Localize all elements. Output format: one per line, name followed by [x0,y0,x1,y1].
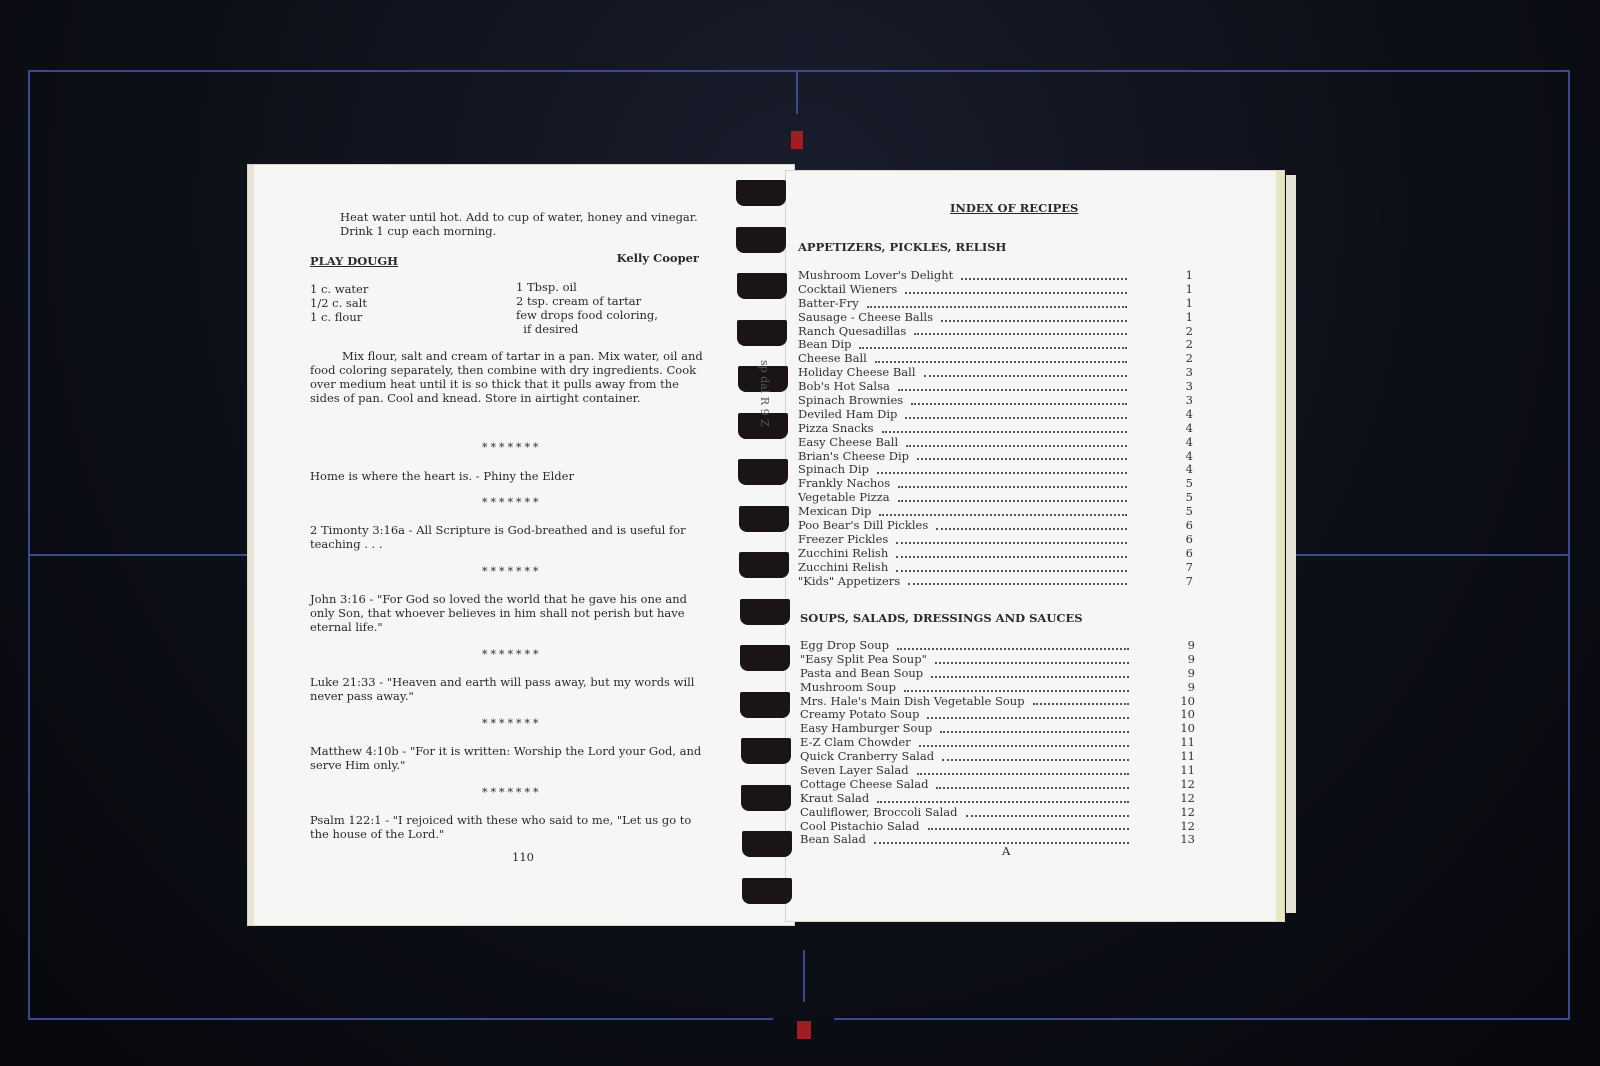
recipe-page-number: 11 [1175,764,1195,778]
recipe-page-number: 1 [1173,283,1193,297]
index-entry: Egg Drop Soup9 [800,639,1195,653]
frame-center-bottom-tick [803,950,805,1002]
recipe-page-number: 5 [1173,477,1193,491]
recipe-page-number: 13 [1175,833,1195,847]
dot-leader [906,445,1127,447]
index-entry: Cauliflower, Broccoli Salad12 [800,806,1195,820]
recipe-page-number: 9 [1175,667,1195,681]
index-entry: Easy Cheese Ball4 [798,436,1193,450]
frame-right-line [1568,70,1570,1020]
ingredient: 1 c. flour [310,310,362,324]
recipe-name: Mushroom Soup [800,681,896,695]
separator: ******* [482,441,542,454]
recipe-name: Spinach Brownies [798,394,903,408]
recipe-page-number: 2 [1173,338,1193,352]
recipe-name: Zucchini Relish [798,547,888,561]
dot-leader [931,676,1129,678]
ingredient: 1 Tbsp. oil [516,280,577,294]
page-number: 110 [512,850,534,864]
recipe-page-number: 9 [1175,639,1195,653]
recipe-page-number: 10 [1175,708,1195,722]
dot-leader [928,828,1129,830]
separator: ******* [482,717,542,730]
recipe-name: Kraut Salad [800,792,869,806]
index-entry: Easy Hamburger Soup10 [800,722,1195,736]
recipe-page-number: 9 [1175,653,1195,667]
dot-leader [941,320,1127,322]
recipe-title: PLAY DOUGH [310,254,398,268]
index-entry: Bean Dip2 [798,338,1193,352]
recipe-page-number: 5 [1173,505,1193,519]
recipe-name: "Kids" Appetizers [798,575,900,589]
index-entry: Pizza Snacks4 [798,422,1193,436]
recipe-page-number: 3 [1173,380,1193,394]
index-entry: Brian's Cheese Dip4 [798,450,1193,464]
dot-leader [936,787,1129,789]
dot-leader [936,528,1127,530]
recipe-page-number: 10 [1175,695,1195,709]
recipe-name: Cottage Cheese Salad [800,778,928,792]
dot-leader [898,486,1127,488]
quote: 2 Timonty 3:16a - All Scripture is God-b… [310,523,708,551]
binding-coil [736,227,786,253]
recipe-name: Zucchini Relish [798,561,888,575]
recipe-page-number: 7 [1173,561,1193,575]
recipe-page-number: 11 [1175,736,1195,750]
dot-leader [935,662,1129,664]
recipe-name: Vegetable Pizza [798,491,890,505]
recipe-page-number: 10 [1175,722,1195,736]
dot-leader [924,375,1127,377]
recipe-name: Easy Hamburger Soup [800,722,932,736]
recipe-name: Seven Layer Salad [800,764,909,778]
recipe-page-number: 7 [1173,575,1193,589]
dot-leader [905,292,1127,294]
recipe-name: Brian's Cheese Dip [798,450,909,464]
page-label: A [1002,844,1010,858]
index-entry: Freezer Pickles6 [798,533,1193,547]
separator: ******* [482,565,542,578]
recipe-page-number: 1 [1173,297,1193,311]
recipe-page-number: 6 [1173,519,1193,533]
index-entry: Zucchini Relish6 [798,547,1193,561]
binding-coil [742,831,792,857]
index-entry: Bean Salad13 [800,833,1195,847]
index-entry: Mushroom Soup9 [800,681,1195,695]
index-entry: Creamy Potato Soup10 [800,708,1195,722]
index-entry: "Easy Split Pea Soup"9 [800,653,1195,667]
directions: Mix flour, salt and cream of tartar in a… [310,349,708,405]
dot-leader [877,472,1127,474]
recipe-name: Mexican Dip [798,505,871,519]
ingredient: few drops food coloring, [516,308,658,322]
dot-leader [966,815,1129,817]
dot-leader [940,731,1129,733]
top-center-marker [791,131,803,149]
frame-left-line [28,70,30,1020]
binding-coil [741,785,791,811]
index-entry: Seven Layer Salad11 [800,764,1195,778]
dot-leader [927,717,1129,719]
frame-bottom-line-left [28,1018,773,1020]
recipe-name: Mushroom Lover's Delight [798,269,953,283]
index-entry: Zucchini Relish7 [798,561,1193,575]
recipe-page-number: 4 [1173,463,1193,477]
spiral-binding [736,180,796,920]
recipe-name: Easy Cheese Ball [798,436,898,450]
binding-coil [742,878,792,904]
recipe-name: "Easy Split Pea Soup" [800,653,927,667]
dot-leader [897,648,1129,650]
binding-coil [738,459,788,485]
index-list-soups: Egg Drop Soup9"Easy Split Pea Soup"9Past… [800,639,1195,847]
dot-leader [904,690,1129,692]
frame-center-top-tick [796,70,798,114]
right-page: INDEX OF RECIPES APPETIZERS, PICKLES, RE… [786,171,1284,921]
dot-leader [917,773,1129,775]
recipe-page-number: 4 [1173,422,1193,436]
recipe-page-number: 1 [1173,269,1193,283]
recipe-page-number: 4 [1173,450,1193,464]
dot-leader [961,278,1127,280]
recipe-name: Cheese Ball [798,352,867,366]
recipe-name: Spinach Dip [798,463,869,477]
frame-bottom-line-right [834,1018,1570,1020]
frame-top-line [28,70,1570,72]
binding-coil [739,506,789,532]
dot-leader [898,389,1127,391]
index-entry: Spinach Brownies3 [798,394,1193,408]
dot-leader [905,417,1127,419]
recipe-name: Quick Cranberry Salad [800,750,934,764]
recipe-name: Deviled Ham Dip [798,408,897,422]
dot-leader [908,583,1127,585]
left-page: Heat water until hot. Add to cup of wate… [248,165,794,925]
index-entry: Spinach Dip4 [798,463,1193,477]
index-entry: Poo Bear's Dill Pickles6 [798,519,1193,533]
recipe-page-number: 11 [1175,750,1195,764]
binding-coil [740,599,790,625]
dot-leader [877,801,1129,803]
index-entry: Mushroom Lover's Delight1 [798,269,1193,283]
index-entry: Frankly Nachos5 [798,477,1193,491]
recipe-name: Freezer Pickles [798,533,888,547]
dot-leader [898,500,1127,502]
recipe-name: Batter-Fry [798,297,859,311]
separator: ******* [482,786,542,799]
recipe-name: Creamy Potato Soup [800,708,919,722]
index-list-appetizers: Mushroom Lover's Delight1Cocktail Wiener… [798,269,1193,588]
dot-leader [867,306,1127,308]
section-heading: SOUPS, SALADS, DRESSINGS AND SAUCES [800,611,1083,625]
recipe-page-number: 2 [1173,325,1193,339]
recipe-name: E-Z Clam Chowder [800,736,911,750]
dot-leader [911,403,1127,405]
index-entry: E-Z Clam Chowder11 [800,736,1195,750]
ingredient: if desired [516,322,578,336]
index-entry: Mexican Dip5 [798,505,1193,519]
recipe-page-number: 9 [1175,681,1195,695]
index-entry: Quick Cranberry Salad11 [800,750,1195,764]
index-entry: Bob's Hot Salsa3 [798,380,1193,394]
recipe-page-number: 3 [1173,366,1193,380]
binding-coil [740,692,790,718]
index-entry: Cheese Ball2 [798,352,1193,366]
quote: Psalm 122:1 - "I rejoiced with these who… [310,813,712,841]
recipe-page-number: 6 [1173,533,1193,547]
binding-coil [737,320,787,346]
index-entry: Cocktail Wieners1 [798,283,1193,297]
recipe-name: Egg Drop Soup [800,639,889,653]
recipe-page-number: 5 [1173,491,1193,505]
recipe-name: Frankly Nachos [798,477,890,491]
dot-leader [896,556,1127,558]
recipe-name: Cocktail Wieners [798,283,897,297]
quote: Home is where the heart is. - Phiny the … [310,469,574,483]
binding-coil [737,273,787,299]
section-heading: APPETIZERS, PICKLES, RELISH [798,240,1006,254]
dot-leader [882,431,1128,433]
recipe-name: Cool Pistachio Salad [800,820,920,834]
recipe-name: Pasta and Bean Soup [800,667,923,681]
bottom-center-marker [797,1021,811,1039]
recipe-name: Poo Bear's Dill Pickles [798,519,928,533]
recipe-name: Bob's Hot Salsa [798,380,890,394]
dot-leader [942,759,1129,761]
recipe-page-number: 1 [1173,311,1193,325]
recipe-page-number: 6 [1173,547,1193,561]
intro-line-2: Drink 1 cup each morning. [340,224,496,238]
index-entry: Sausage - Cheese Balls1 [798,311,1193,325]
separator: ******* [482,496,542,509]
quote: Luke 21:33 - "Heaven and earth will pass… [310,675,708,703]
recipe-page-number: 12 [1175,778,1195,792]
recipe-page-number: 12 [1175,806,1195,820]
recipe-page-number: 12 [1175,792,1195,806]
ingredient: 1/2 c. salt [310,296,367,310]
spine-text: sp dal R 9 Z [758,360,771,427]
ingredient: 2 tsp. cream of tartar [516,294,641,308]
page-stack-edge [1286,175,1296,913]
dot-leader [896,542,1127,544]
separator: ******* [482,648,542,661]
binding-coil [741,738,791,764]
quote: Matthew 4:10b - "For it is written: Wors… [310,744,708,772]
recipe-name: Pizza Snacks [798,422,874,436]
recipe-page-number: 12 [1175,820,1195,834]
frame-mid-line-left [28,554,250,556]
index-entry: Vegetable Pizza5 [798,491,1193,505]
recipe-page-number: 4 [1173,436,1193,450]
index-entry: Ranch Quesadillas2 [798,325,1193,339]
dot-leader [859,347,1127,349]
dot-leader [919,745,1129,747]
binding-coil [740,645,790,671]
recipe-name: Mrs. Hale's Main Dish Vegetable Soup [800,695,1025,709]
recipe-page-number: 3 [1173,394,1193,408]
recipe-name: Sausage - Cheese Balls [798,311,933,325]
recipe-name: Bean Salad [800,833,866,847]
binding-coil [736,180,786,206]
recipe-name: Cauliflower, Broccoli Salad [800,806,958,820]
dot-leader [1033,703,1129,705]
recipe-page-number: 2 [1173,352,1193,366]
index-entry: Mrs. Hale's Main Dish Vegetable Soup10 [800,695,1195,709]
recipe-name: Bean Dip [798,338,851,352]
dot-leader [914,333,1127,335]
index-entry: "Kids" Appetizers7 [798,575,1193,589]
index-entry: Cool Pistachio Salad12 [800,820,1195,834]
index-entry: Deviled Ham Dip4 [798,408,1193,422]
dot-leader [896,570,1127,572]
recipe-page-number: 4 [1173,408,1193,422]
binding-coil [739,552,789,578]
index-entry: Pasta and Bean Soup9 [800,667,1195,681]
dot-leader [875,361,1127,363]
index-entry: Holiday Cheese Ball3 [798,366,1193,380]
index-entry: Batter-Fry1 [798,297,1193,311]
index-entry: Cottage Cheese Salad12 [800,778,1195,792]
dot-leader [879,514,1127,516]
index-title: INDEX OF RECIPES [950,201,1078,215]
index-entry: Kraut Salad12 [800,792,1195,806]
intro-line-1: Heat water until hot. Add to cup of wate… [340,210,698,224]
dot-leader [917,458,1127,460]
recipe-name: Ranch Quesadillas [798,325,906,339]
recipe-name: Holiday Cheese Ball [798,366,916,380]
recipe-author: Kelly Cooper [617,251,699,265]
quote: John 3:16 - "For God so loved the world … [310,592,708,634]
frame-mid-line-right [1290,554,1570,556]
ingredient: 1 c. water [310,282,368,296]
